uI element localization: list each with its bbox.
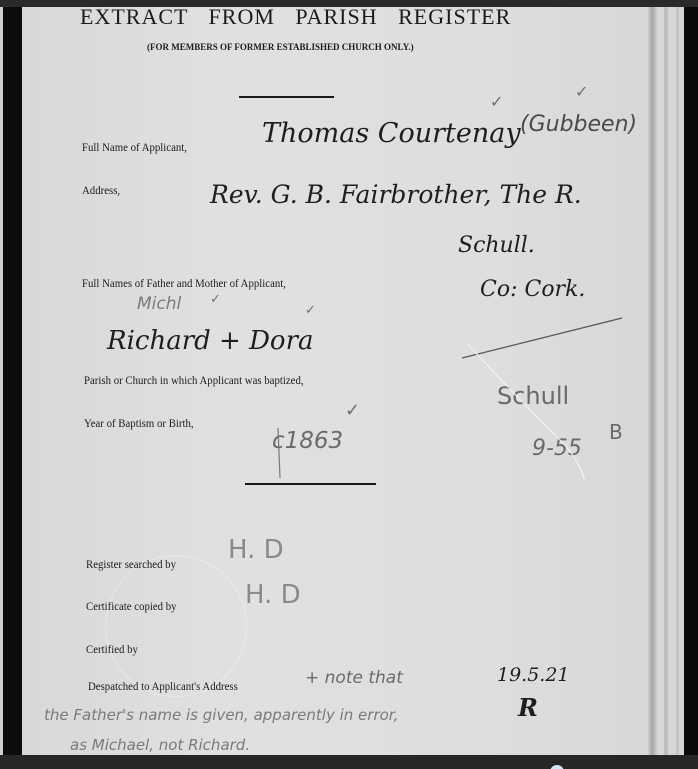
year-bracket-mark bbox=[278, 428, 280, 478]
paper-crease bbox=[467, 343, 584, 480]
viewer-bottom-bar bbox=[0, 755, 698, 769]
strike-line bbox=[462, 318, 622, 358]
pencil-marks bbox=[0, 0, 698, 769]
